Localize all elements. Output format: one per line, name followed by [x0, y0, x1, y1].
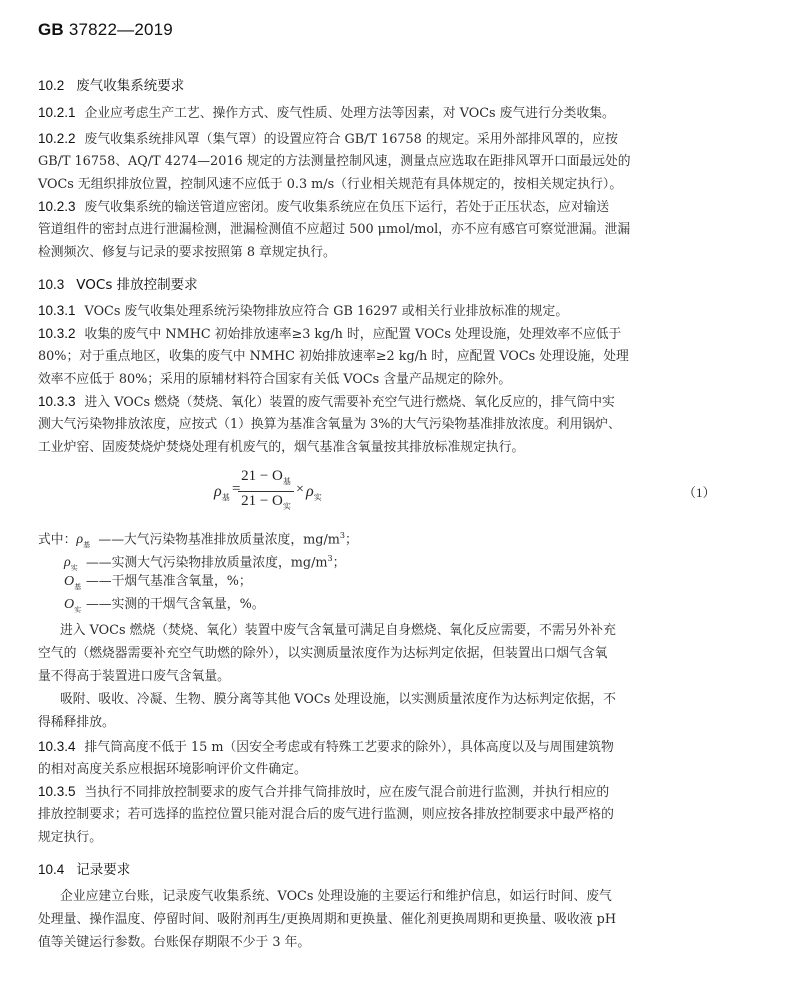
clause-10-3-5-line: 规定执行。: [38, 829, 773, 847]
standard-code-prefix: GB: [38, 20, 64, 39]
fraction-bar: [238, 491, 294, 492]
paragraph-combustion-line: 空气的（燃烧器需要补充空气助燃的除外），以实测质量浓度作为达标判定依据，但装置出…: [38, 645, 773, 663]
clause-10-2-3: 10.2.3废气收集系统的输送管道应密闭。废气收集系统应在负压下运行，若处于正压…: [38, 198, 773, 217]
clause-10-3-4-line: 的相对高度关系应根据环境影响评价文件确定。: [38, 761, 773, 779]
section-heading-10-2: 10.2废气收集系统要求: [38, 74, 184, 94]
clause-10-2-3-line: 检测频次、修复与记录的要求按照第 8 章规定执行。: [38, 244, 773, 262]
clause-10-3-1: 10.3.1VOCs 废气收集处理系统污染物排放应符合 GB 16297 或相关…: [38, 302, 773, 321]
formula-denominator: 21 − O实: [238, 493, 294, 512]
clause-10-3-3-line: 测大气污染物排放浓度，应按式（1）换算为基准含氧量为 3%的大气污染物基准排放浓…: [38, 416, 773, 434]
clause-10-3-5-line: 排放控制要求；若可选择的监控位置只能对混合后的废气进行监测，则应按各排放控制要求…: [38, 806, 773, 824]
clause-10-3-4: 10.3.4排气筒高度不低于 15 m（因安全考虑或有特殊工艺要求的除外），具体…: [38, 738, 773, 757]
clause-10-2-2-line: VOCs 无组织排放位置，控制风速不应低于 0.3 m/s（行业相关规范有具体规…: [38, 176, 773, 194]
section-heading-10-4: 10.4记录要求: [38, 858, 130, 878]
paragraph-other-facilities-line: 得稀释排放。: [38, 714, 773, 732]
definition-item: O基——干烟气基准含氧量，%；: [64, 573, 799, 596]
paragraph-combustion: 进入 VOCs 燃烧（焚烧、氧化）装置中废气含氧量可满足自身燃烧、氧化反应需要，…: [60, 622, 795, 640]
clause-10-2-1: 10.2.1企业应考虑生产工艺、操作方式、废气性质、处理方法等因素，对 VOCs…: [38, 104, 773, 123]
clause-10-2-2: 10.2.2废气收集系统排风罩（集气罩）的设置应符合 GB/T 16758 的规…: [38, 130, 773, 149]
clause-10-3-2: 10.3.2收集的废气中 NMHC 初始排放速率≥3 kg/h 时，应配置 VO…: [38, 325, 773, 344]
formula-number: （1）: [683, 482, 716, 501]
formula-numerator: 21 − O基: [238, 468, 294, 490]
formula-rhs: ρ实: [306, 483, 322, 503]
clause-10-3-3-line: 工业炉窑、固废焚烧炉焚烧处理有机废气的，烟气基准含氧量按其排放标准规定执行。: [38, 439, 773, 457]
standard-code: GB 37822—2019: [38, 20, 173, 40]
section-heading-10-3: 10.3VOCs 排放控制要求: [38, 273, 198, 293]
definitions-intro: 式中：: [38, 532, 76, 547]
clause-10-2-2-line: GB/T 16758、AQ/T 4274—2016 规定的方法测量控制风速，测量…: [38, 153, 773, 171]
formula-lhs: ρ基: [214, 483, 230, 503]
paragraph-records-line: 处理量、操作温度、停留时间、吸附剂再生/更换周期和更换量、催化剂更换周期和更换量…: [38, 911, 773, 929]
definition-item: O实——实测的干烟气含氧量，%。: [64, 596, 799, 619]
clause-10-3-2-line: 效率不应低于 80%；采用的原辅材料符合国家有关低 VOCs 含量产品规定的除外…: [38, 371, 773, 389]
standard-code-number: 37822—2019: [69, 20, 173, 39]
paragraph-other-facilities: 吸附、吸收、冷凝、生物、膜分离等其他 VOCs 处理设施，以实测质量浓度作为达标…: [60, 691, 795, 709]
clause-10-3-3: 10.3.3进入 VOCs 燃烧（焚烧、氧化）装置的废气需要补充空气进行燃烧、氧…: [38, 393, 773, 412]
formula-times: ×: [296, 482, 304, 498]
clause-10-3-5: 10.3.5当执行不同排放控制要求的废气合并排气筒排放时，应在废气混合前进行监测…: [38, 783, 773, 802]
paragraph-records-line: 值等关键运行参数。台账保存期限不少于 3 年。: [38, 934, 773, 952]
clause-10-2-3-line: 管道组件的密封点进行泄漏检测，泄漏检测值不应超过 500 μmol/mol，亦不…: [38, 221, 773, 239]
paragraph-records: 企业应建立台账，记录废气收集系统、VOCs 处理设施的主要运行和维护信息，如运行…: [60, 888, 795, 906]
clause-10-3-2-line: 80%；对于重点地区，收集的废气中 NMHC 初始排放速率≥2 kg/h 时，应…: [38, 348, 773, 366]
document-page: GB 37822—2019 10.2废气收集系统要求 10.2.1企业应考虑生产…: [0, 0, 800, 986]
paragraph-combustion-line: 量不得高于装置进口废气含氧量。: [38, 668, 773, 686]
formula-1: ρ基 = 21 − O基 21 − O实 × ρ实 （1）: [0, 465, 800, 525]
formula-fraction: 21 − O基 21 − O实: [238, 468, 294, 512]
